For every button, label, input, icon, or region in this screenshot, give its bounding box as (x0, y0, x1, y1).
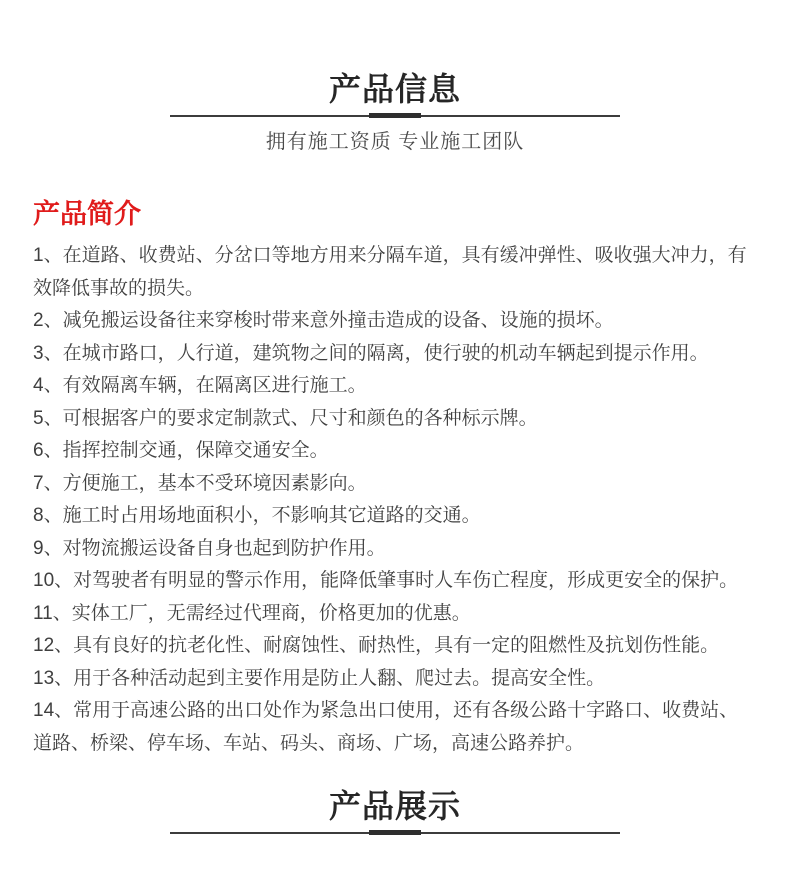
intro-list-item-2: 2、减免搬运设备往来穿梭时带来意外撞击造成的设备、设施的损坏。 (33, 305, 757, 338)
intro-list-item-5: 5、可根据客户的要求定制款式、尺寸和颜色的各种标示牌。 (33, 403, 757, 436)
intro-list-item-4: 4、有效隔离车辆，在隔离区进行施工。 (33, 370, 757, 403)
section-title-product-info: 产品信息 (0, 0, 790, 105)
intro-list-item-9: 9、对物流搬运设备自身也起到防护作用。 (33, 533, 757, 566)
intro-list-item-7: 7、方便施工，基本不受环境因素影向。 (33, 468, 757, 501)
section-title-product-showcase: 产品展示 (0, 790, 790, 822)
intro-list-item-12: 12、具有良好的抗老化性、耐腐蚀性、耐热性，具有一定的阻燃性及抗划伤性能。 (33, 630, 757, 663)
section-divider (170, 113, 620, 118)
section-divider (170, 830, 620, 835)
intro-list-item-3: 3、在城市路口，人行道，建筑物之间的隔离，使行驶的机动车辆起到提示作用。 (33, 338, 757, 371)
divider-accent-bar (369, 830, 421, 835)
product-info-header-section: 产品信息 拥有施工资质 专业施工团队 (0, 0, 790, 154)
intro-list-item-13: 13、用于各种活动起到主要作用是防止人翻、爬过去。提高安全性。 (33, 663, 757, 696)
intro-list-item-10: 10、对驾驶者有明显的警示作用，能降低肇事时人车伤亡程度，形成更安全的保护。 (33, 565, 757, 598)
intro-list-item-6: 6、指挥控制交通，保障交通安全。 (33, 435, 757, 468)
intro-list-item-1: 1、在道路、收费站、分岔口等地方用来分隔车道，具有缓冲弹性、吸收强大冲力，有效降… (33, 240, 757, 305)
intro-list: 1、在道路、收费站、分岔口等地方用来分隔车道，具有缓冲弹性、吸收强大冲力，有效降… (33, 240, 757, 760)
intro-list-item-14: 14、常用于高速公路的出口处作为紧急出口使用，还有各级公路十字路口、收费站、道路… (33, 695, 757, 760)
product-info-page: 产品信息 拥有施工资质 专业施工团队 产品简介 1、在道路、收费站、分岔口等地方… (0, 0, 790, 883)
divider-accent-bar (369, 113, 421, 118)
intro-heading: 产品简介 (33, 199, 790, 229)
section-subtitle: 拥有施工资质 专业施工团队 (0, 130, 790, 154)
product-intro-section: 产品简介 1、在道路、收费站、分岔口等地方用来分隔车道，具有缓冲弹性、吸收强大冲… (0, 199, 790, 760)
product-showcase-header-section: 产品展示 (0, 790, 790, 835)
intro-list-item-11: 11、实体工厂，无需经过代理商，价格更加的优惠。 (33, 598, 757, 631)
intro-list-item-8: 8、施工时占用场地面积小，不影响其它道路的交通。 (33, 500, 757, 533)
